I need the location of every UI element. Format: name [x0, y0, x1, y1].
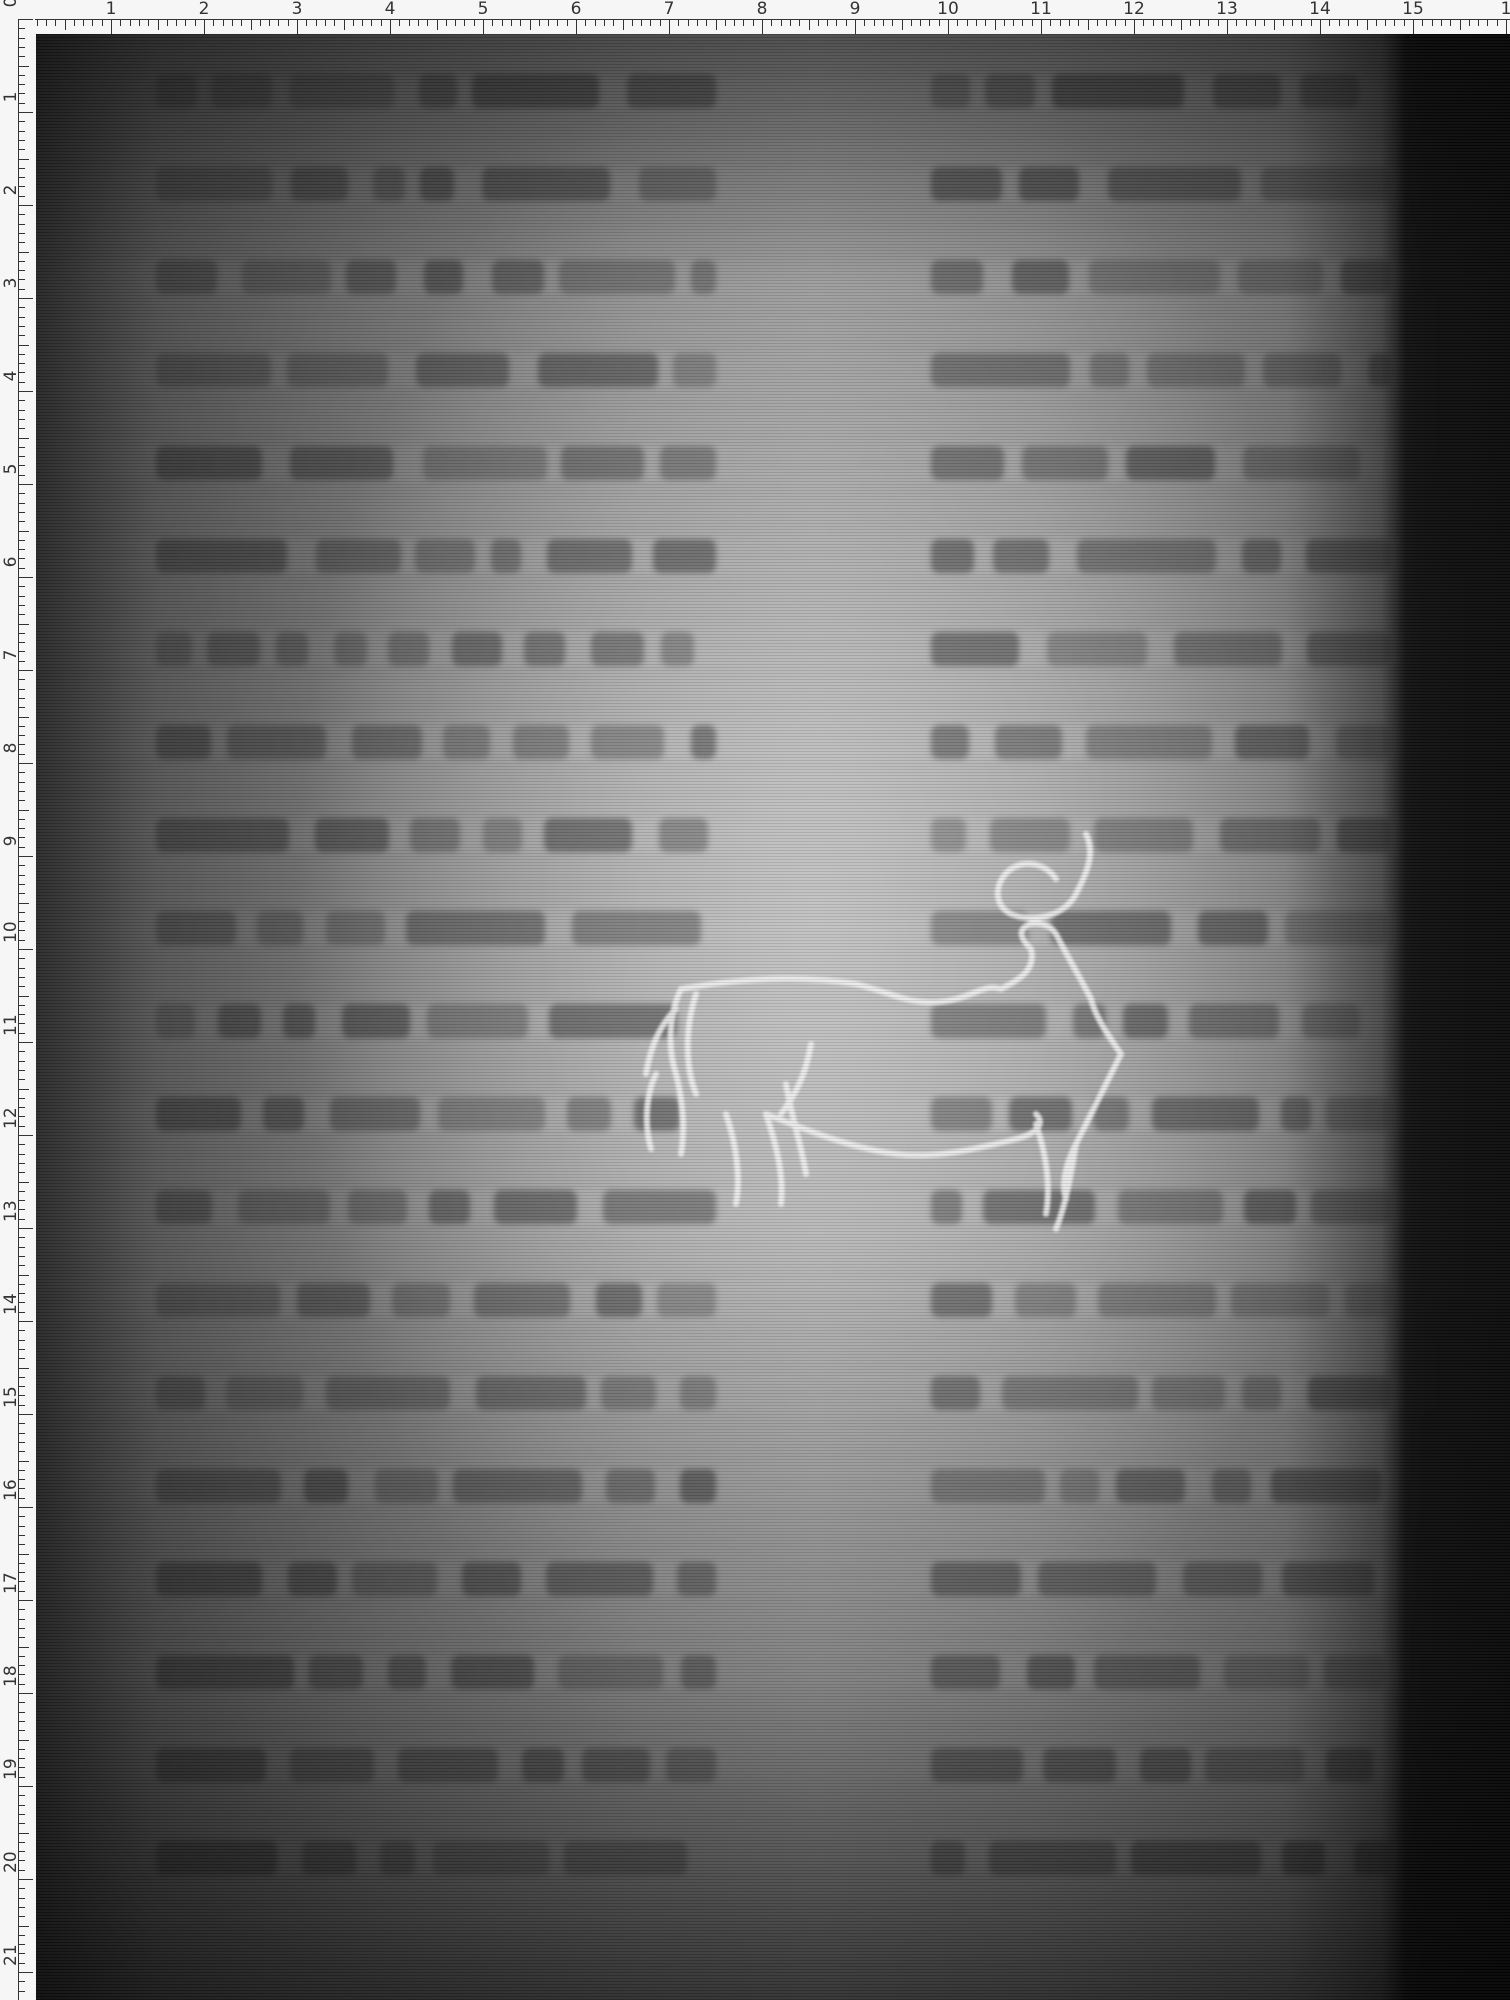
- ruler-tick: [297, 20, 298, 34]
- ruler-tick: [1450, 20, 1451, 26]
- ruler-tick: [19, 819, 25, 820]
- left-ruler-label: 7: [2, 646, 20, 664]
- ruler-tick: [19, 1712, 25, 1713]
- left-ruler-label: 19: [2, 1762, 20, 1780]
- ruler-tick: [19, 586, 25, 587]
- ruler-tick: [19, 1777, 25, 1778]
- ruler-tick: [19, 540, 25, 541]
- ruler-tick: [19, 326, 25, 327]
- ruler-tick: [650, 20, 651, 26]
- ruler-tick: [1041, 20, 1042, 34]
- ruler-tick: [725, 20, 726, 26]
- ruler-tick: [195, 20, 196, 26]
- ruler-tick: [19, 810, 29, 811]
- ruler-tick: [1255, 20, 1256, 26]
- ruler-tick: [19, 140, 25, 141]
- ruler-tick: [19, 772, 25, 773]
- ruler-tick: [19, 428, 25, 429]
- ruler-tick: [1348, 20, 1349, 26]
- ruler-tick: [167, 20, 168, 26]
- ruler-tick: [19, 614, 25, 615]
- ruler-tick: [19, 1051, 25, 1052]
- ruler-tick: [19, 763, 33, 764]
- ruler-tick: [19, 754, 25, 755]
- ruler-tick: [19, 661, 25, 662]
- ruler-tick: [19, 1833, 29, 1834]
- ruler-tick: [902, 20, 903, 30]
- ruler-tick: [418, 20, 419, 26]
- ruler-tick: [19, 1581, 25, 1582]
- ruler-tick: [19, 949, 33, 950]
- ruler-tick: [19, 363, 25, 364]
- ruler-tick: [1134, 20, 1135, 34]
- ruler-tick: [19, 1535, 25, 1536]
- ruler-tick: [19, 1228, 33, 1229]
- left-ruler-label: 2: [2, 181, 20, 199]
- left-ruler-label: 18: [2, 1669, 20, 1687]
- ruler-tick: [19, 317, 25, 318]
- ruler-tick: [19, 1926, 29, 1927]
- left-ruler-label: 4: [2, 367, 20, 385]
- ruler-tick: [1422, 20, 1423, 26]
- ruler-tick: [427, 20, 428, 26]
- ruler-tick: [19, 345, 29, 346]
- ruler-tick: [19, 1935, 25, 1936]
- ruler-tick: [678, 20, 679, 26]
- ruler-tick: [1385, 20, 1386, 26]
- ruler-tick: [19, 875, 25, 876]
- ruler-tick: [19, 289, 25, 290]
- ruler-tick: [19, 1907, 25, 1908]
- ruler-tick: [19, 1572, 25, 1573]
- ruler-tick: [19, 1237, 25, 1238]
- ruler-tick: [19, 1023, 25, 1024]
- ruler-tick: [19, 633, 25, 634]
- ruler-tick: [19, 196, 25, 197]
- ruler-tick: [1413, 20, 1414, 34]
- ruler-tick: [381, 20, 382, 26]
- ruler-tick: [19, 391, 33, 392]
- ruler-tick: [19, 977, 25, 978]
- ruler-tick: [455, 20, 456, 26]
- left-ruler-label: 9: [2, 832, 20, 850]
- ruler-tick: [19, 884, 25, 885]
- ruler-tick: [278, 20, 279, 26]
- ruler-tick: [464, 20, 465, 26]
- ruler-tick: [46, 20, 47, 26]
- ruler-tick: [19, 1721, 25, 1722]
- ruler-tick: [19, 186, 25, 187]
- ruler-tick: [19, 1312, 25, 1313]
- ruler-tick: [1487, 20, 1488, 26]
- ruler-tick: [74, 20, 75, 26]
- ruler-tick: [19, 1340, 25, 1341]
- ruler-tick: [19, 1358, 25, 1359]
- ruler-tick: [19, 1247, 25, 1248]
- ruler-tick: [985, 20, 986, 26]
- ruler-tick: [1283, 20, 1284, 26]
- left-ruler-label: 3: [2, 274, 20, 292]
- ruler-tick: [19, 1349, 25, 1350]
- ruler-tick: [19, 84, 25, 85]
- ruler-tick: [19, 1461, 29, 1462]
- ruler-tick: [1404, 20, 1405, 26]
- ruler-tick: [19, 1609, 25, 1610]
- ruler-tick: [19, 1033, 25, 1034]
- ruler-tick: [1106, 20, 1107, 26]
- top-ruler-label: 1: [106, 0, 117, 18]
- ruler-tick: [148, 20, 149, 26]
- top-ruler-label: 11: [1030, 0, 1052, 18]
- ruler-tick: [19, 1916, 25, 1917]
- ruler-tick: [19, 744, 25, 745]
- ruler-tick: [19, 1758, 25, 1759]
- ruler-tick: [19, 1209, 25, 1210]
- ruler-tick: [1311, 20, 1312, 26]
- ruler-tick: [19, 410, 25, 411]
- ruler-tick: [19, 503, 25, 504]
- ruler-tick: [632, 20, 633, 26]
- top-ruler-label: 3: [292, 0, 303, 18]
- ruler-tick: [1357, 20, 1358, 26]
- ruler-tick: [19, 1433, 25, 1434]
- ruler-tick: [409, 20, 410, 26]
- ruler-tick: [19, 1730, 25, 1731]
- ruler-tick: [19, 214, 25, 215]
- ruler-tick: [19, 735, 25, 736]
- ruler-tick: [827, 20, 828, 26]
- ruler-tick: [19, 1172, 25, 1173]
- ruler-tick: [19, 1963, 25, 1964]
- ruler-tick: [864, 20, 865, 26]
- ruler-tick: [19, 1786, 33, 1787]
- ruler-tick: [19, 912, 25, 913]
- ruler-tick: [1004, 20, 1005, 26]
- ruler-tick: [19, 1507, 33, 1508]
- ruler-tick: [1162, 20, 1163, 26]
- ruler-tick: [613, 20, 614, 26]
- ruler-tick: [19, 224, 25, 225]
- left-ruler-label: 12: [2, 1111, 20, 1129]
- ruler-tick: [19, 66, 29, 67]
- ruler-tick: [19, 1191, 25, 1192]
- ruler-tick: [1032, 20, 1033, 26]
- ruler-tick: [1208, 20, 1209, 26]
- ruler-tick: [511, 20, 512, 26]
- ruler-tick: [19, 921, 25, 922]
- ruler-tick: [1199, 20, 1200, 26]
- ruler-tick: [716, 20, 717, 30]
- ruler-tick: [158, 20, 159, 30]
- ruler-tick: [19, 605, 25, 606]
- ruler-tick: [19, 1377, 25, 1378]
- ruler-tick: [1432, 20, 1433, 26]
- top-ruler-label: 2: [199, 0, 210, 18]
- ruler-tick: [19, 1284, 25, 1285]
- ruler-tick: [362, 20, 363, 26]
- ruler-tick: [1171, 20, 1172, 26]
- ruler-tick: [753, 20, 754, 26]
- ruler-tick: [19, 1628, 25, 1629]
- ruler-tick: [1060, 20, 1061, 26]
- ruler-tick: [269, 20, 270, 26]
- ruler-tick: [19, 1014, 25, 1015]
- left-ruler-label: 21: [2, 1948, 20, 1966]
- ruler-tick: [483, 20, 484, 34]
- ruler-tick: [19, 382, 25, 383]
- ruler-tick: [19, 261, 25, 262]
- ruler-tick: [19, 1674, 25, 1675]
- ruler-tick: [37, 20, 38, 26]
- ruler-tick: [1115, 20, 1116, 26]
- ruler-tick: [762, 20, 763, 34]
- ruler-tick: [19, 1275, 29, 1276]
- ruler-tick: [688, 20, 689, 26]
- ruler-tick: [19, 1851, 25, 1852]
- ruler-tick: [19, 1898, 25, 1899]
- ruler-tick: [19, 1498, 25, 1499]
- manuscript-scan: [36, 34, 1510, 2000]
- ruler-tick: [19, 651, 25, 652]
- ruler-tick: [19, 465, 25, 466]
- ruler-tick: [306, 20, 307, 26]
- ruler-tick: [344, 20, 345, 30]
- ruler-tick: [19, 679, 25, 680]
- ruler-tick: [1227, 20, 1228, 34]
- top-ruler-label: 15: [1402, 0, 1424, 18]
- top-ruler-label: 1: [1501, 0, 1510, 18]
- ruler-tick: [19, 940, 25, 941]
- ruler-tick: [19, 1991, 25, 1992]
- ruler-tick: [474, 20, 475, 26]
- ruler-tick: [19, 1144, 25, 1145]
- ruler-tick: [567, 20, 568, 26]
- ruler-tick: [19, 624, 29, 625]
- ruler-tick: [967, 20, 968, 26]
- ruler-tick: [19, 354, 25, 355]
- left-ruler: 0123456789101112131415161718192021: [0, 0, 35, 2000]
- top-ruler-label: 14: [1309, 0, 1331, 18]
- ruler-tick: [976, 20, 977, 26]
- ruler-tick: [213, 20, 214, 26]
- ruler-tick: [19, 1368, 29, 1369]
- ruler-tick: [1125, 20, 1126, 26]
- ruler-tick: [1469, 20, 1470, 26]
- ruler-tick: [799, 20, 800, 26]
- ruler-tick: [446, 20, 447, 26]
- ruler-tick: [19, 28, 25, 29]
- ruler-tick: [1478, 20, 1479, 26]
- ruler-tick: [697, 20, 698, 26]
- ruler-tick: [19, 642, 25, 643]
- ruler-tick: [1190, 20, 1191, 26]
- ruler-tick: [19, 335, 25, 336]
- ruler-tick: [19, 689, 25, 690]
- ruler-tick: [316, 20, 317, 26]
- ruler-tick: [818, 20, 819, 26]
- left-ruler-label: 17: [2, 1576, 20, 1594]
- ruler-tick: [1329, 20, 1330, 26]
- ruler-tick: [19, 1795, 25, 1796]
- ruler-tick: [520, 20, 521, 26]
- ruler-tick: [19, 1805, 25, 1806]
- ruler-tick: [19, 568, 25, 569]
- ruler-tick: [19, 865, 25, 866]
- ruler-tick: [1153, 20, 1154, 26]
- ruler-tick: [1292, 20, 1293, 26]
- top-ruler-label: 10: [937, 0, 959, 18]
- ruler-tick: [19, 1414, 33, 1415]
- ruler-tick: [19, 1981, 25, 1982]
- top-ruler: 01234567891011121314151: [0, 0, 1510, 33]
- ruler-tick: [55, 20, 56, 26]
- top-ruler-label: 5: [478, 0, 489, 18]
- ruler-tick: [19, 19, 33, 20]
- ruler-tick: [19, 968, 25, 969]
- ruler-tick: [139, 20, 140, 26]
- ruler-tick: [19, 958, 25, 959]
- ruler-tick: [19, 1405, 25, 1406]
- ruler-tick: [19, 1107, 25, 1108]
- ruler-tick: [1013, 20, 1014, 26]
- ruler-tick: [19, 698, 25, 699]
- left-ruler-label: 0: [2, 0, 20, 11]
- ruler-tick: [19, 1656, 25, 1657]
- ruler-tick: [19, 1005, 25, 1006]
- ruler-tick: [19, 531, 29, 532]
- ruler-tick: [19, 1693, 33, 1694]
- ruler-tick: [836, 20, 837, 26]
- ruler-tick: [390, 20, 391, 34]
- left-ruler-label: 10: [2, 925, 20, 943]
- ruler-tick: [399, 20, 400, 26]
- ruler-tick: [1181, 20, 1182, 30]
- ruler-tick: [1394, 20, 1395, 26]
- ruler-tick: [185, 20, 186, 26]
- ruler-tick: [641, 20, 642, 26]
- ruler-tick: [530, 20, 531, 30]
- ruler-tick: [1441, 20, 1442, 26]
- ruler-tick: [576, 20, 577, 34]
- ruler-tick: [19, 1749, 25, 1750]
- ruler-tick: [1088, 20, 1089, 30]
- ruler-tick: [19, 1321, 33, 1322]
- ruler-tick: [771, 20, 772, 26]
- ruler-tick: [19, 1665, 25, 1666]
- ruler-tick: [19, 1591, 25, 1592]
- ruler-tick: [1097, 20, 1098, 26]
- ruler-tick: [892, 20, 893, 26]
- ruler-tick: [19, 1953, 25, 1954]
- ruler-tick: [604, 20, 605, 26]
- left-ruler-label: 5: [2, 460, 20, 478]
- ruler-tick: [19, 512, 25, 513]
- ruler-tick: [19, 1740, 29, 1741]
- ruler-tick: [502, 20, 503, 26]
- ruler-tick: [19, 1637, 25, 1638]
- ruler-tick: [19, 103, 25, 104]
- ruler-tick: [353, 20, 354, 26]
- ruler-tick: [19, 996, 29, 997]
- ruler-tick: [19, 177, 25, 178]
- ruler-tick: [19, 707, 25, 708]
- ruler-tick: [19, 828, 25, 829]
- ruler-tick: [911, 20, 912, 26]
- top-ruler-label: 9: [850, 0, 861, 18]
- ruler-tick: [223, 20, 224, 26]
- ruler-tick: [920, 20, 921, 26]
- ruler-tick: [325, 20, 326, 26]
- ruler-tick: [19, 847, 25, 848]
- ruler-tick: [19, 1423, 25, 1424]
- ruler-tick: [1022, 20, 1023, 26]
- ruler-tick: [19, 168, 25, 169]
- ruler-tick: [19, 252, 29, 253]
- ruler-tick: [19, 307, 25, 308]
- ruler-tick: [19, 279, 25, 280]
- ruler-tick: [19, 1684, 25, 1685]
- ruler-tick: [437, 20, 438, 30]
- ruler-tick: [1218, 20, 1219, 26]
- ruler-tick: [1320, 20, 1321, 34]
- ruler-tick: [19, 1702, 25, 1703]
- ruler-tick: [660, 20, 661, 26]
- ruler-tick: [130, 20, 131, 26]
- ruler-tick: [260, 20, 261, 26]
- ruler-tick: [19, 1302, 25, 1303]
- ruler-tick: [743, 20, 744, 26]
- ruler-tick: [790, 20, 791, 26]
- ruler-tick: [19, 1554, 29, 1555]
- ruler-tick: [19, 558, 25, 559]
- ruler-tick: [204, 20, 205, 34]
- top-ruler-label: 12: [1123, 0, 1145, 18]
- ruler-tick: [19, 1488, 25, 1489]
- ruler-tick: [19, 1330, 25, 1331]
- ruler-tick: [19, 1516, 25, 1517]
- ruler-tick: [929, 20, 930, 26]
- ruler-tick: [19, 1154, 25, 1155]
- ruler-tick: [1274, 20, 1275, 30]
- ruler-tick: [19, 1526, 25, 1527]
- ruler-tick: [241, 20, 242, 26]
- ruler-tick: [19, 893, 25, 894]
- ruler-tick: [781, 20, 782, 26]
- ruler-tick: [19, 112, 33, 113]
- left-ruler-label: 16: [2, 1483, 20, 1501]
- ruler-tick: [334, 20, 335, 26]
- left-ruler-label: 8: [2, 739, 20, 757]
- ruler-tick: [1069, 20, 1070, 26]
- ruler-tick: [19, 1293, 25, 1294]
- ruler-tick: [706, 20, 707, 26]
- ruler-tick: [1236, 20, 1237, 26]
- ruler-tick: [1506, 20, 1507, 34]
- ruler-tick: [883, 20, 884, 26]
- ruler-tick: [19, 856, 33, 857]
- ruler-tick: [371, 20, 372, 26]
- ruler-tick: [19, 549, 25, 550]
- ruler-tick: [83, 20, 84, 26]
- ruler-tick: [1246, 20, 1247, 26]
- ruler-tick: [585, 20, 586, 26]
- ruler-tick: [19, 800, 25, 801]
- ruler-tick: [232, 20, 233, 26]
- ruler-tick: [19, 1126, 25, 1127]
- top-ruler-label: 7: [664, 0, 675, 18]
- ruler-tick: [19, 1116, 25, 1117]
- ruler-tick: [19, 1395, 25, 1396]
